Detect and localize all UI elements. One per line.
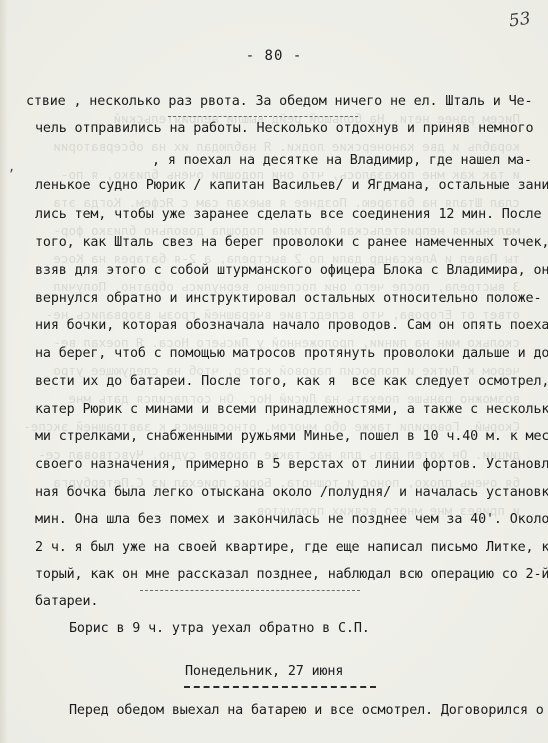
text-line: ния бочки, которая обозначала начало про… [35,318,548,333]
faint-underline [168,116,358,117]
text-line: ная бочка была легко отыскана около /пол… [35,485,548,500]
text-line: батареи. [35,594,98,609]
text-line: Перед обедом выехал на батарею и все осм… [69,703,544,718]
text-line: ствие , несколько раз рвота. За обедом н… [26,94,532,109]
text-line: своего назначения, примерно в 5 верстах … [35,457,548,472]
section-heading-underline [184,686,376,688]
typed-page-number: - 80 - [0,48,548,64]
text-line: торый, как он мне рассказал позднее, наб… [35,567,548,582]
text-line: 2 ч. я был уже на своей квартире, где ещ… [35,540,548,555]
text-line: вести их до батареи. После того, как я в… [35,374,548,389]
text-line: ленькое судно Рюрик / капитан Васильев/ … [35,178,548,193]
text-line: того, как Шталь свез на берег проволоки … [35,235,548,250]
margin-mark: , [8,160,15,174]
text-line: катер Рюрик с минами и всеми принадлежно… [35,402,548,417]
document-page: Писем ранее нети. На большой рейд вышли … [0,0,548,743]
faint-underline [140,590,360,591]
text-line: мин. Она шла без помех и закончилась не … [35,512,548,527]
paragraph-boris: Борис в 9 ч. утра уехал обратно в С.П. [69,621,370,636]
text-line: чель отправились на работы. Несколько от… [35,121,533,136]
text-line: взяв для этого с собой штурманского офиц… [35,263,548,278]
text-line: на берег, чтоб с помощью матросов протян… [35,346,548,361]
handwritten-archive-page-number: 53 [508,9,532,32]
text-line: вернулся обратно и инструктировал осталь… [35,291,541,306]
section-heading-date: Понедельник, 27 июня [185,664,343,679]
text-line: лись тем, чтобы уже заранее сделать все … [35,207,541,222]
text-line: , я поехал на десятке на Владимир, где н… [152,153,532,168]
text-line: ми стрелками, снабженными ружьями Минье,… [35,429,548,444]
